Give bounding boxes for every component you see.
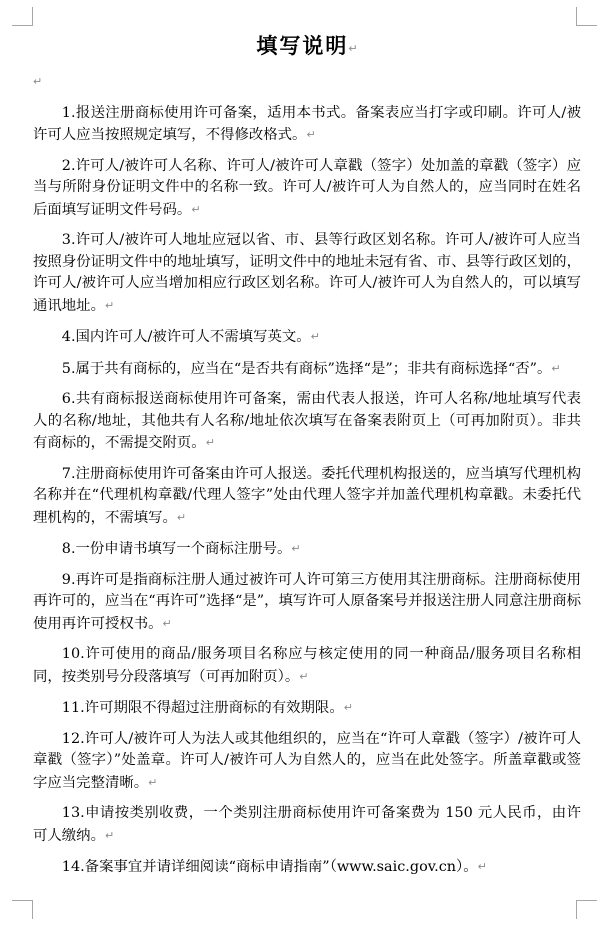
paragraph-mark-icon: ↵ bbox=[105, 299, 114, 312]
instruction-paragraph: 14.备案事宜并请详细阅读“商标申请指南”（www.saic.gov.cn）。↵ bbox=[33, 856, 581, 879]
paragraph-mark-icon: ↵ bbox=[311, 330, 320, 343]
instruction-paragraph: 6.共有商标报送商标使用许可备案，需由代表人报送，许可人名称/地址填写代表人的名… bbox=[33, 389, 581, 455]
paragraph-mark-icon: ↵ bbox=[163, 617, 172, 630]
paragraph-text: 9.再许可是指商标注册人通过被许可人许可第三方使用其注册商标。注册商标使用再许可… bbox=[33, 572, 581, 632]
paragraph-mark-icon: ↵ bbox=[299, 670, 308, 683]
document-page: 填写说明↵ ↵ 1.报送注册商标使用许可备案，适用本书式。备案表应当打字或印刷。… bbox=[0, 0, 613, 926]
paragraph-text: 5.属于共有商标的，应当在“是否共有商标”选择“是”；非共有商标选择“否”。 bbox=[62, 361, 552, 377]
paragraph-mark-icon: ↵ bbox=[191, 203, 200, 216]
paragraph-text: 3.许可人/被许可人地址应冠以省、市、县等行政区划名称。许可人/被许可人应当按照… bbox=[33, 232, 581, 314]
instruction-paragraph: 3.许可人/被许可人地址应冠以省、市、县等行政区划名称。许可人/被许可人应当按照… bbox=[33, 230, 581, 317]
paragraph-mark-icon: ↵ bbox=[551, 362, 560, 375]
paragraph-mark-icon: ↵ bbox=[33, 75, 42, 88]
instruction-paragraph: 13.申请按类别收费，一个类别注册商标使用许可备案费为 150 元人民币，由许可… bbox=[33, 803, 581, 847]
instruction-paragraph: 10.许可使用的商品/服务项目名称应与核定使用的同一种商品/服务项目名称相同，按… bbox=[33, 644, 581, 688]
page-title: 填写说明↵ bbox=[33, 33, 581, 62]
paragraph-mark-icon: ↵ bbox=[148, 776, 157, 789]
instruction-paragraph: 8.一份申请书填写一个商标注册号。↵ bbox=[33, 538, 581, 561]
instruction-paragraph: 1.报送注册商标使用许可备案，适用本书式。备案表应当打字或印刷。许可人/被许可人… bbox=[33, 103, 581, 147]
instruction-paragraph: 7.注册商标使用许可备案由许可人报送。委托代理机构报送的，应当填写代理机构名称并… bbox=[33, 464, 581, 530]
paragraph-mark-icon: ↵ bbox=[105, 829, 114, 842]
paragraph-text: 2.许可人/被许可人名称、许可人/被许可人章戳（签字）处加盖的章戳（签字）应当与… bbox=[33, 158, 581, 218]
paragraph-mark-icon: ↵ bbox=[177, 511, 186, 524]
paragraph-text: 11.许可期限不得超过注册商标的有效期限。 bbox=[62, 700, 344, 716]
paragraph-mark-icon: ↵ bbox=[306, 128, 315, 141]
instruction-paragraph: 2.许可人/被许可人名称、许可人/被许可人章戳（签字）处加盖的章戳（签字）应当与… bbox=[33, 156, 581, 222]
paragraph-text: 12.许可人/被许可人为法人或其他组织的，应当在“许可人章戳（签字）/被许可人章… bbox=[33, 731, 581, 791]
document-text-area: 填写说明↵ ↵ 1.报送注册商标使用许可备案，适用本书式。备案表应当打字或印刷。… bbox=[33, 25, 581, 879]
margin-crop-mark-bottom-right bbox=[576, 900, 597, 919]
margin-crop-mark-top-right bbox=[576, 7, 597, 26]
paragraph-text: 14.备案事宜并请详细阅读“商标申请指南”（www.saic.gov.cn）。 bbox=[62, 859, 478, 875]
page-title-text: 填写说明 bbox=[256, 33, 348, 58]
empty-paragraph: ↵ bbox=[33, 71, 581, 94]
paragraph-mark-icon: ↵ bbox=[348, 42, 357, 55]
paragraph-text: 7.注册商标使用许可备案由许可人报送。委托代理机构报送的，应当填写代理机构名称并… bbox=[33, 466, 581, 526]
paragraph-text: 8.一份申请书填写一个商标注册号。 bbox=[62, 541, 292, 557]
instruction-paragraph: 4.国内许可人/被许可人不需填写英文。↵ bbox=[33, 326, 581, 349]
paragraph-mark-icon: ↵ bbox=[291, 542, 300, 555]
paragraph-mark-icon: ↵ bbox=[206, 436, 215, 449]
instruction-paragraph: 5.属于共有商标的，应当在“是否共有商标”选择“是”；非共有商标选择“否”。↵ bbox=[33, 358, 581, 381]
paragraph-text: 6.共有商标报送商标使用许可备案，需由代表人报送，许可人名称/地址填写代表人的名… bbox=[33, 391, 581, 451]
paragraph-text: 13.申请按类别收费，一个类别注册商标使用许可备案费为 150 元人民币，由许可… bbox=[33, 805, 581, 844]
instruction-paragraph: 11.许可期限不得超过注册商标的有效期限。↵ bbox=[33, 697, 581, 720]
instruction-paragraph: 9.再许可是指商标注册人通过被许可人许可第三方使用其注册商标。注册商标使用再许可… bbox=[33, 570, 581, 636]
paragraph-mark-icon: ↵ bbox=[344, 701, 353, 714]
paragraph-text: 4.国内许可人/被许可人不需填写英文。 bbox=[62, 329, 311, 345]
paragraph-mark-icon: ↵ bbox=[478, 860, 487, 873]
instruction-paragraph: 12.许可人/被许可人为法人或其他组织的，应当在“许可人章戳（签字）/被许可人章… bbox=[33, 729, 581, 795]
margin-crop-mark-top-left bbox=[12, 7, 33, 26]
margin-crop-mark-bottom-left bbox=[12, 900, 33, 919]
